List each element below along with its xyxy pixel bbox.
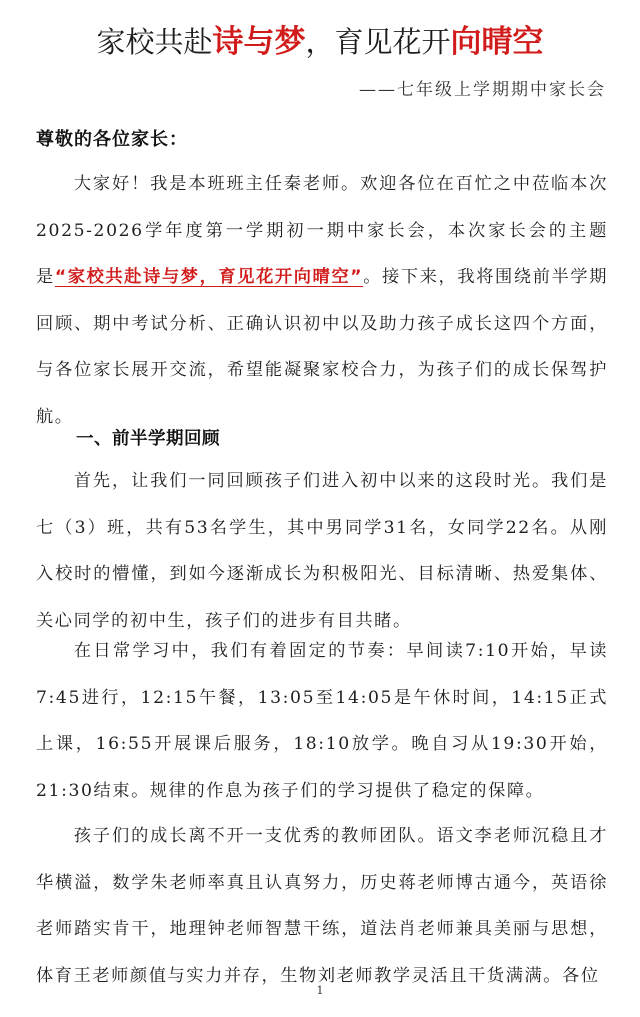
title-part-1: 家校共赴 <box>96 25 212 59</box>
section-heading-review: 一、前半学期回顾 <box>76 425 220 450</box>
document-page: 家校共赴诗与梦，育见花开向晴空 ——七年级上学期期中家长会 尊敬的各位家长： 大… <box>0 0 640 1017</box>
page-number: 1 <box>0 984 640 997</box>
paragraph-text: 在日常学习中，我们有着固定的节奏：早间读7:10开始，早读7:45进行，12:1… <box>36 628 608 814</box>
title-highlight-2: 向晴空 <box>451 24 544 60</box>
title-highlight-1: 诗与梦 <box>213 24 306 60</box>
document-subtitle: ——七年级上学期期中家长会 <box>359 78 606 102</box>
intro-text-after-theme: 。接下来，我将围绕前半学期回顾、期中考试分析、正确认识初中以及助力孩子成长这四个… <box>36 267 608 427</box>
paragraph-teacher-team: 孩子们的成长离不开一支优秀的教师团队。语文李老师沉稳且才华横溢，数学朱老师率真且… <box>36 813 608 999</box>
paragraph-daily-schedule: 在日常学习中，我们有着固定的节奏：早间读7:10开始，早读7:45进行，12:1… <box>36 628 608 814</box>
meeting-theme: “家校共赴诗与梦，育见花开向晴空” <box>55 267 363 287</box>
salutation: 尊敬的各位家长： <box>36 125 188 151</box>
paragraph-class-overview: 首先，让我们一同回顾孩子们进入初中以来的这段时光。我们是七（3）班，共有53名学… <box>36 458 608 644</box>
title-part-2: ，育见花开 <box>306 25 451 59</box>
intro-paragraph: 大家好！我是本班班主任秦老师。欢迎各位在百忙之中莅临本次2025-2026学年度… <box>36 161 608 440</box>
document-title: 家校共赴诗与梦，育见花开向晴空 <box>0 22 640 62</box>
paragraph-text: 孩子们的成长离不开一支优秀的教师团队。语文李老师沉稳且才华横溢，数学朱老师率真且… <box>36 813 608 999</box>
paragraph-text: 首先，让我们一同回顾孩子们进入初中以来的这段时光。我们是七（3）班，共有53名学… <box>36 458 608 644</box>
